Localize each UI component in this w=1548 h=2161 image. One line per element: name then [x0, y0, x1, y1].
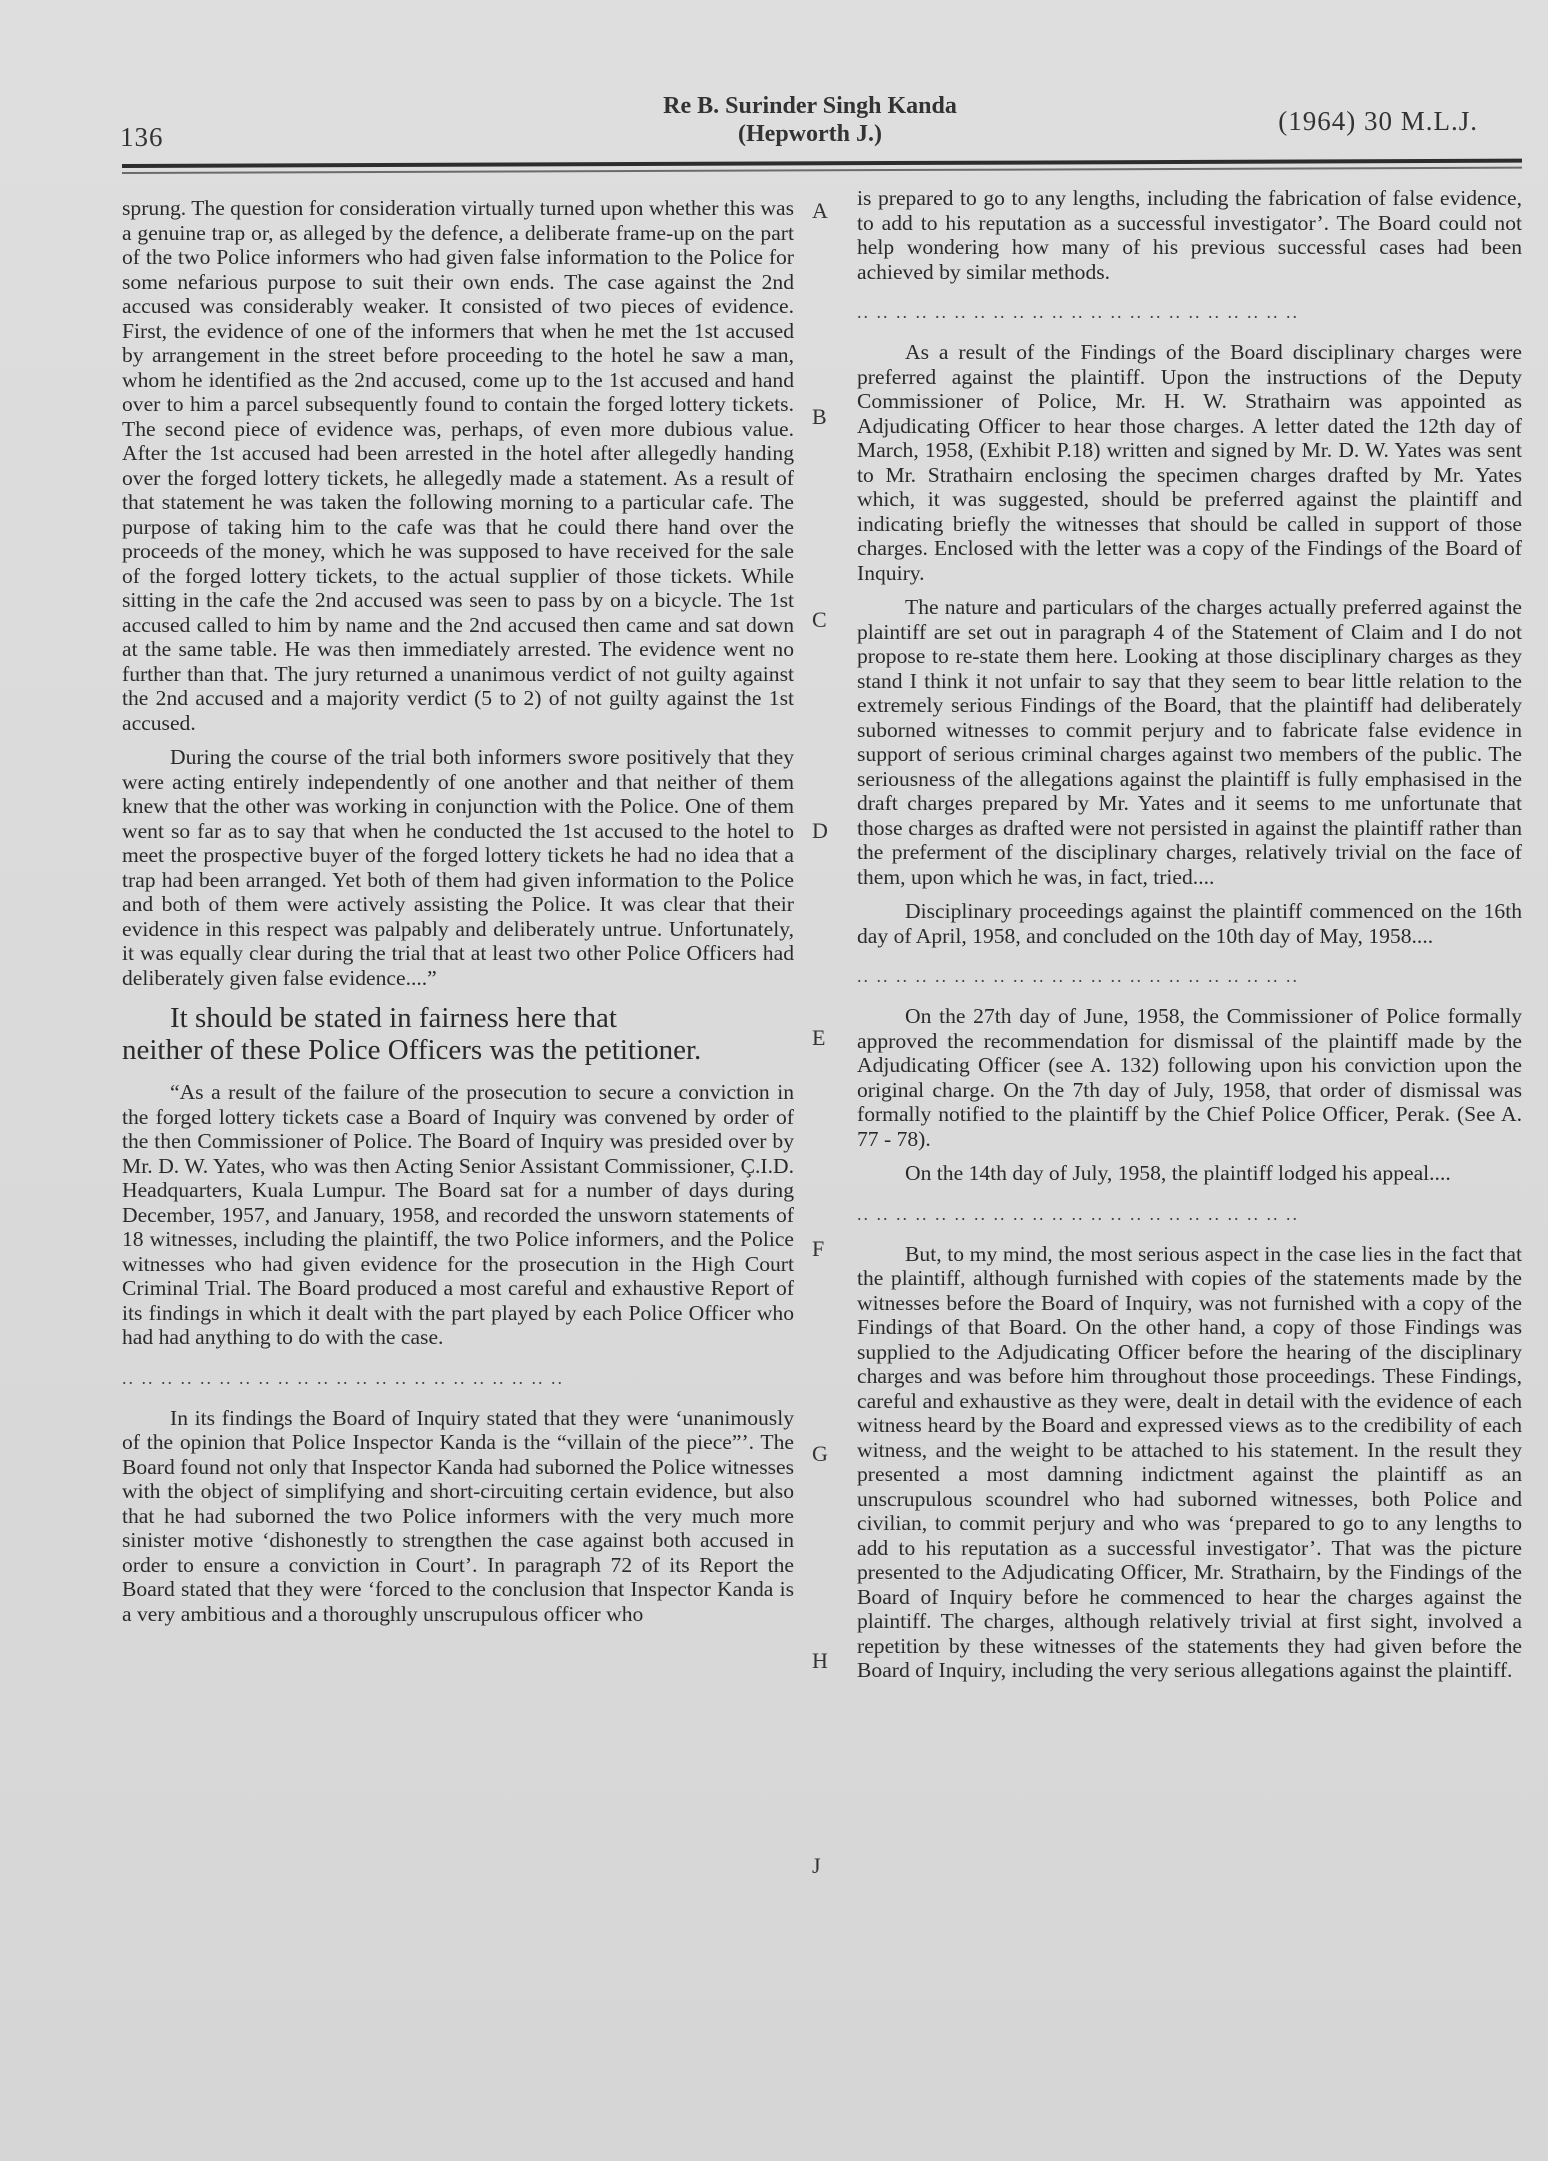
left-column: sprung. The question for consideration v…: [122, 196, 794, 1626]
header-double-rule: [122, 155, 1522, 178]
emphasis-line: neither of these Police Officers was the…: [122, 1034, 701, 1066]
omission-dots: .. .. .. .. .. .. .. .. .. .. .. .. .. .…: [857, 966, 1522, 986]
paragraph: is prepared to go to any lengths, includ…: [857, 186, 1522, 284]
omission-dots: .. .. .. .. .. .. .. .. .. .. .. .. .. .…: [857, 1204, 1522, 1224]
margin-letter-g: G: [812, 1441, 828, 1467]
running-header: Re B. Surinder Singh Kanda (Hepworth J.): [560, 92, 1060, 148]
header-rule-thin: [122, 167, 1522, 174]
report-citation: (1964) 30 M.L.J.: [1278, 106, 1478, 137]
paragraph: On the 14th day of July, 1958, the plain…: [857, 1161, 1522, 1186]
margin-letter-f: F: [812, 1236, 824, 1262]
judge-name: (Hepworth J.): [560, 120, 1060, 148]
paragraph: The nature and particulars of the charge…: [857, 595, 1522, 889]
emphasis-line: It should be stated in fairness here tha…: [122, 1002, 794, 1034]
paragraph: During the course of the trial both info…: [122, 745, 794, 990]
emphasis-statement: It should be stated in fairness here tha…: [122, 1002, 794, 1066]
omission-dots: .. .. .. .. .. .. .. .. .. .. .. .. .. .…: [857, 302, 1522, 322]
document-page: 136 Re B. Surinder Singh Kanda (Hepworth…: [0, 0, 1548, 2161]
page-number: 136: [120, 122, 164, 153]
margin-letter-h: H: [812, 1648, 828, 1674]
margin-letter-b: B: [812, 404, 827, 430]
paragraph: Disciplinary proceedings against the pla…: [857, 899, 1522, 948]
paragraph: sprung. The question for consideration v…: [122, 196, 794, 735]
omission-dots: .. .. .. .. .. .. .. .. .. .. .. .. .. .…: [122, 1368, 794, 1388]
paragraph: But, to my mind, the most serious aspect…: [857, 1242, 1522, 1683]
right-column: is prepared to go to any lengths, includ…: [857, 186, 1522, 1683]
margin-letter-j: J: [812, 1853, 821, 1879]
paragraph: In its findings the Board of Inquiry sta…: [122, 1406, 794, 1627]
margin-letter-a: A: [812, 198, 828, 224]
paragraph: As a result of the Findings of the Board…: [857, 340, 1522, 585]
paragraph: On the 27th day of June, 1958, the Commi…: [857, 1004, 1522, 1151]
case-title: Re B. Surinder Singh Kanda: [560, 92, 1060, 120]
margin-letter-c: C: [812, 607, 827, 633]
paragraph: “As a result of the failure of the prose…: [122, 1080, 794, 1350]
margin-letter-e: E: [812, 1025, 825, 1051]
margin-letter-d: D: [812, 818, 828, 844]
